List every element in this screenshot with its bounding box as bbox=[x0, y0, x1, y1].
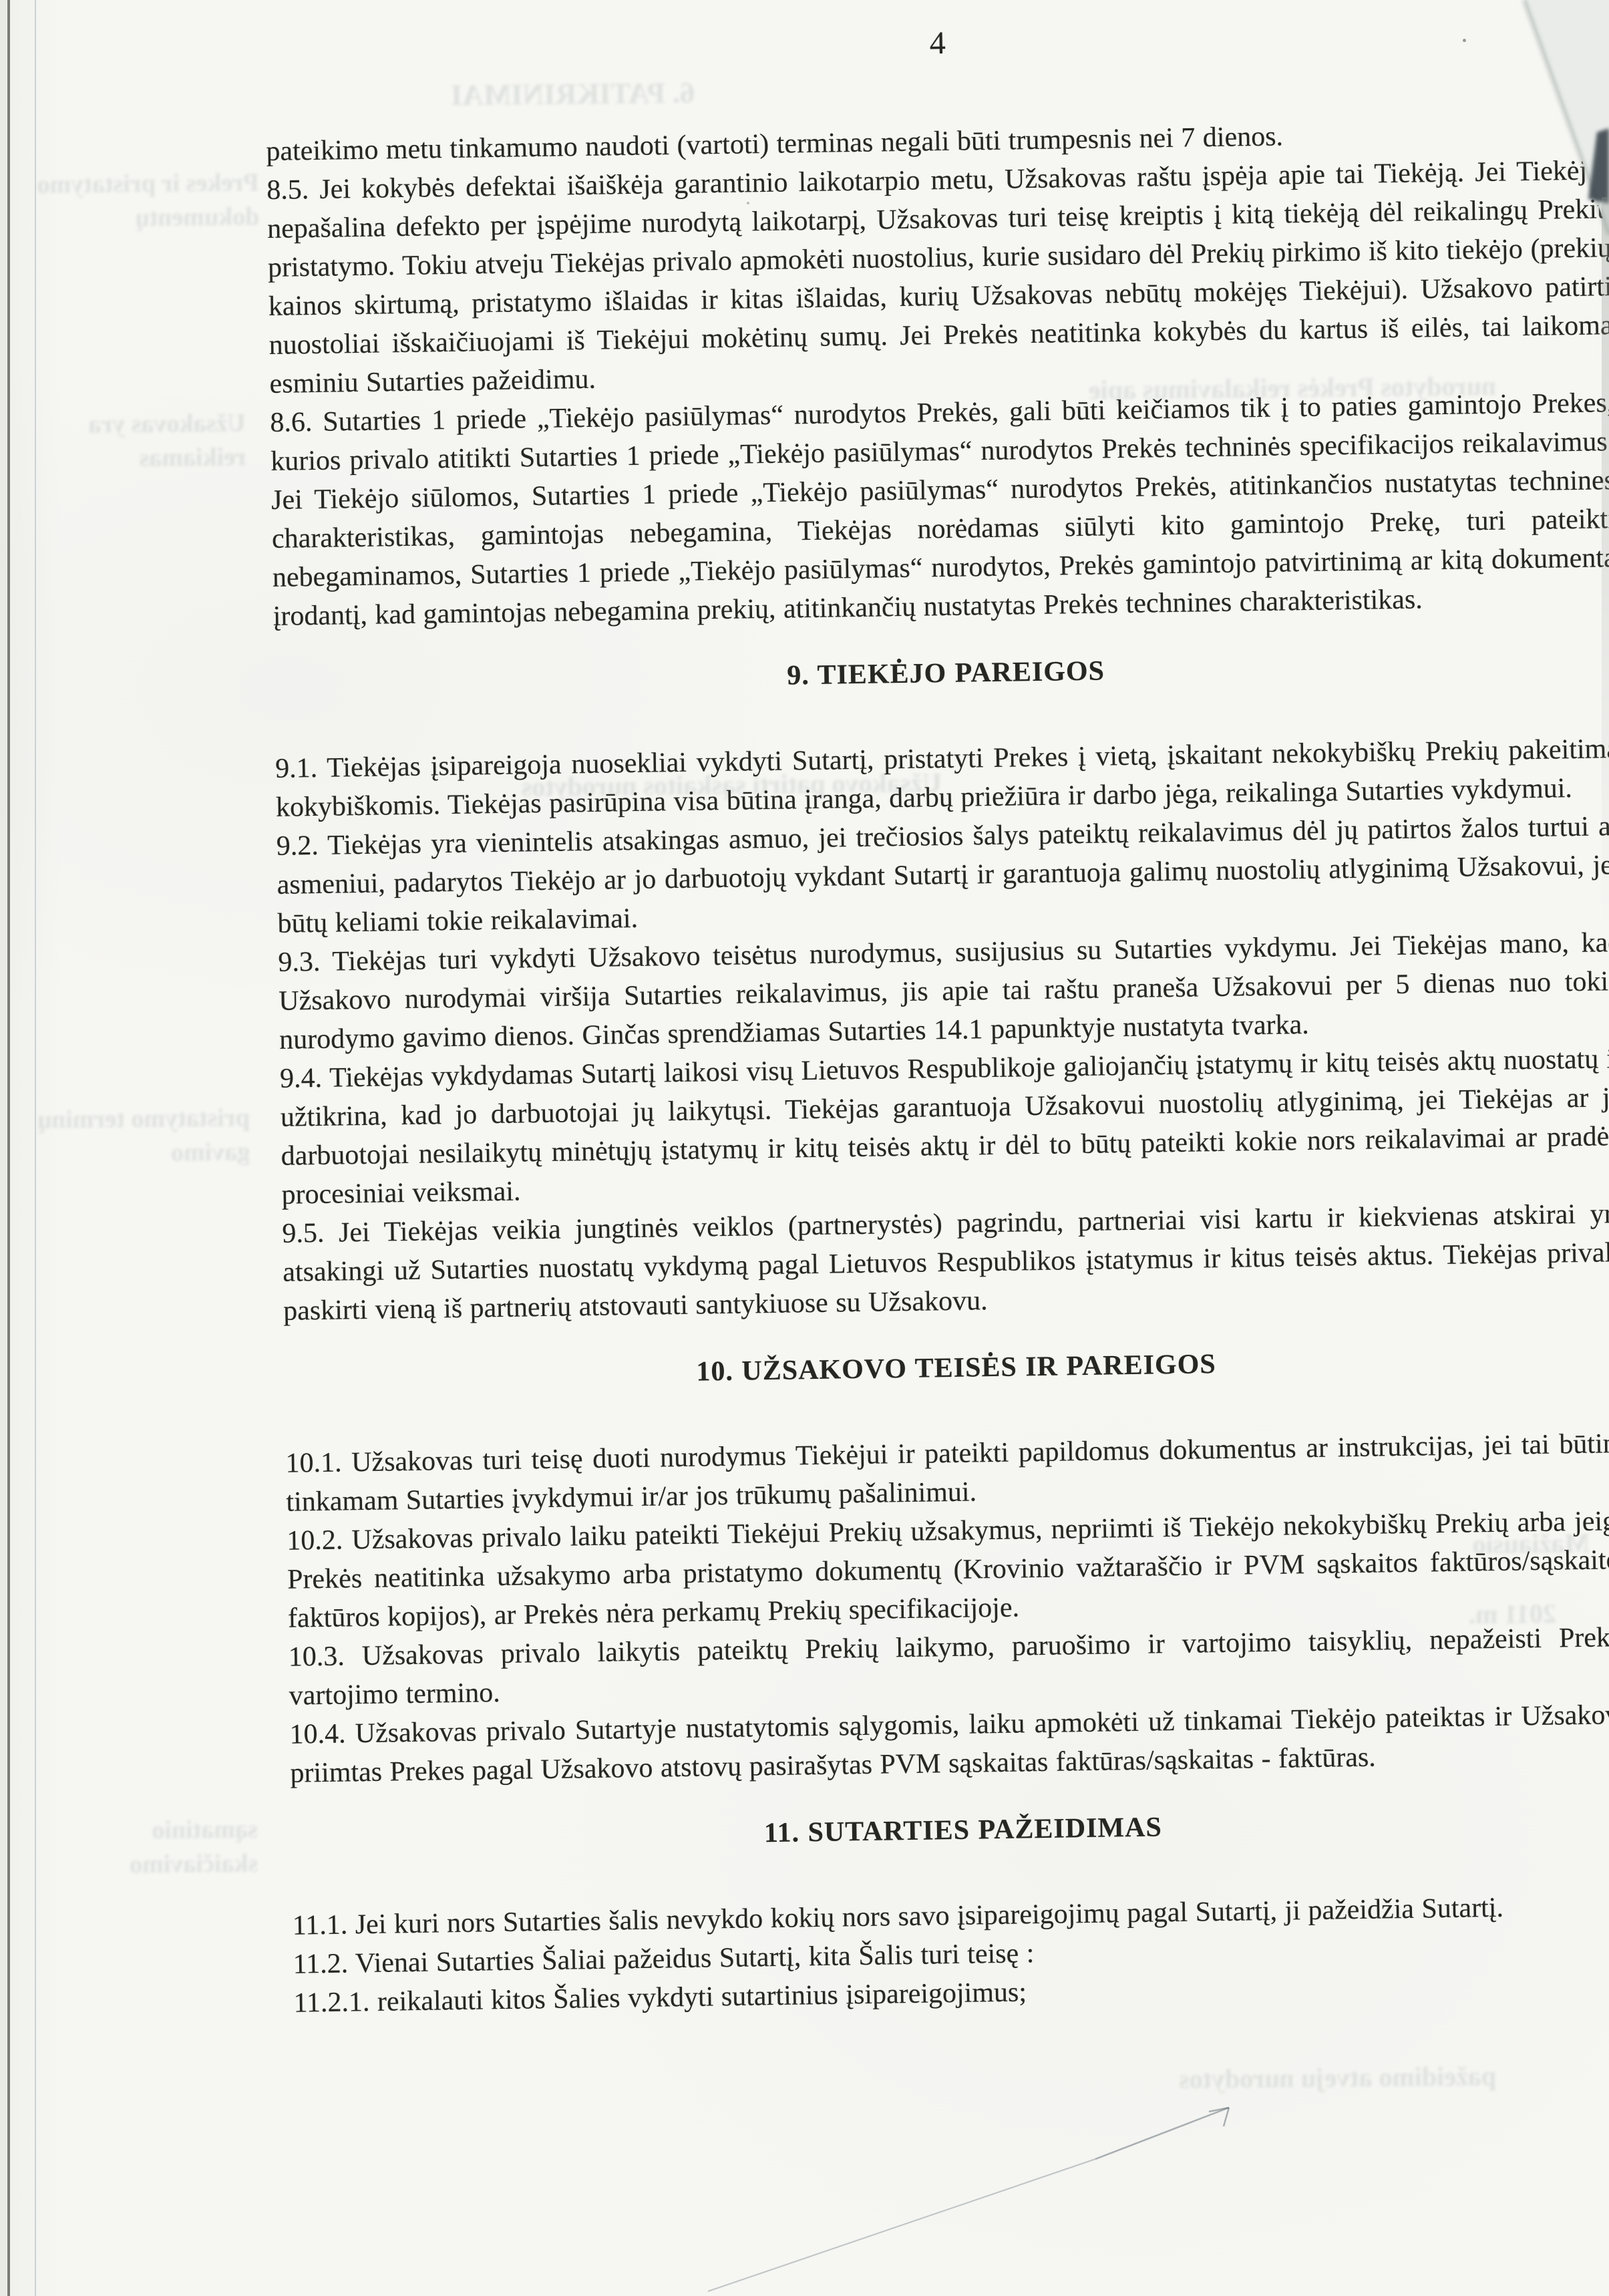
heading-section-11: 11. SUTARTIES PAŽEIDIMAS bbox=[291, 1801, 1609, 1860]
heading-section-9: 9. TIEKĖJO PAREIGOS bbox=[274, 644, 1609, 703]
paragraph-9-4: 9.4. Tiekėjas vykdydamas Sutartį laikosi… bbox=[280, 1039, 1609, 1214]
bleedthrough-ghost: Prekes ir pristatymo dokumentų bbox=[18, 166, 259, 236]
pencil-arrowhead bbox=[1209, 2108, 1229, 2126]
bleedthrough-ghost: pristatymo terminų gavimo bbox=[22, 1101, 250, 1172]
scanned-contract-page: 6. PATIKRINIMAI Prekes ir pristatymo dok… bbox=[0, 0, 1609, 2296]
bleedthrough-ghost: 6. PATIKRINIMAI bbox=[347, 73, 695, 116]
heading-section-10: 10. UŽSAKOVO TEISĖS IR PAREIGOS bbox=[284, 1339, 1609, 1398]
bleedthrough-ghost: pažeidimo atveju nurodytos bbox=[989, 2058, 1497, 2100]
page-number: 4 bbox=[266, 15, 1609, 71]
bleedthrough-ghost: Užsakovas yra reikiamas bbox=[18, 406, 246, 477]
paragraph-9-2: 9.2. Tiekėjas yra vienintelis atsakingas… bbox=[276, 807, 1609, 943]
dust-speck bbox=[1463, 39, 1466, 42]
paragraph-10-2: 10.2. Užsakovas privalo laiku pateikti T… bbox=[287, 1502, 1609, 1638]
dust-speck bbox=[747, 202, 749, 204]
dust-speck bbox=[508, 989, 510, 991]
pencil-line bbox=[1095, 2108, 1229, 2159]
paragraph-9-3: 9.3. Tiekėjas turi vykdyti Užsakovo teis… bbox=[278, 923, 1609, 1059]
scan-left-edge-line bbox=[7, 0, 10, 2296]
paragraph-9-5: 9.5. Jei Tiekėjas veikia jungtinės veikl… bbox=[282, 1194, 1609, 1331]
paragraph-8-6: 8.6. Sutarties 1 priede „Tiekėjo pasiūly… bbox=[270, 383, 1609, 636]
pencil-line bbox=[708, 2159, 1095, 2291]
bleedthrough-ghost: sąmatinio skaičiavimo bbox=[37, 1812, 258, 1883]
scan-left-edge-faint-line bbox=[35, 0, 36, 2296]
document-text-column: pateikimo metu tinkamumo naudoti (vartot… bbox=[266, 112, 1609, 2023]
scan-left-edge bbox=[0, 0, 7, 2296]
paragraph-8-5: 8.5. Jei kokybės defektai išaiškėja gara… bbox=[266, 151, 1609, 403]
